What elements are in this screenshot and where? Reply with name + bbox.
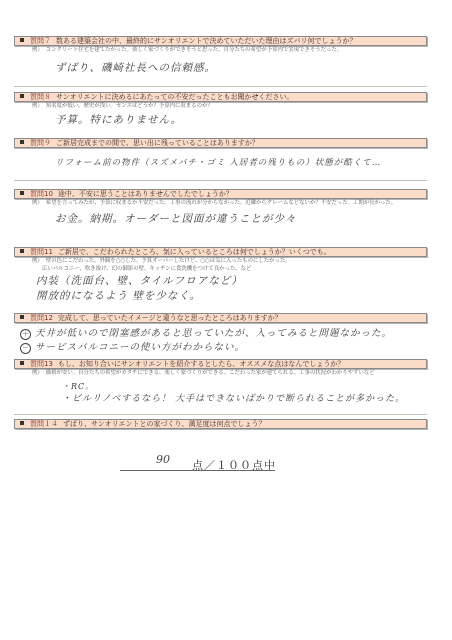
question-number: 質問11	[30, 248, 53, 256]
question-10-example: 例）希望を言ってみたが、予算に収まるか不安だった。工事の流れが分からなかった。近…	[32, 200, 396, 207]
question-title: ご新居完成までの間で、思い出に残っていることはありますか？	[56, 139, 259, 147]
bullet-icon	[20, 94, 24, 98]
question-7-example: 例）コンクリート住宅を建てたかった。楽しく家づくりができそうと思った。自分たちの…	[32, 47, 342, 54]
separator	[14, 414, 427, 415]
minus-circle-icon: －	[20, 343, 31, 354]
question-8-header: 質問８サンオリエントに決めるにあたっての不安だったこともお聞かせください。	[14, 92, 427, 102]
question-14-header: 質問１４ずばり、サンオリエントとの家づくり、満足度は何点でしょう？	[14, 419, 427, 429]
question-7-answer: ずばり、磯崎社長への信頼感。	[55, 62, 216, 74]
separator	[14, 180, 427, 181]
question-11-header: 質問11ご新居で、こだわられたところ、気に入っているところは何でしょうか？いくつ…	[14, 247, 427, 257]
question-13-header: 質問13もし、お知り合いにサンオリエントを紹介するとしたら、オススメな点はなんで…	[14, 359, 427, 369]
question-title: サンオリエントに決めるにあたっての不安だったこともお聞かせください。	[56, 93, 294, 101]
question-11-example-line-2: 広いバルコニー、吹き抜け、幻の御影の壁、キッチンに食洗機をつけて良かった、など	[42, 266, 251, 273]
question-title: ご新居で、こだわられたところ、気に入っているところは何でしょうか？いくつでも。	[58, 248, 331, 256]
question-7-header: 質問７数ある建築会社の中、最終的にサンオリエントで決めていただいた理由はズバリ何…	[14, 36, 427, 46]
question-number: 質問９	[30, 139, 51, 147]
question-10-header: 質問10途中、不安に思うことはありませんでしたでしょうか？	[14, 189, 427, 199]
bullet-icon	[20, 140, 24, 144]
satisfaction-score: 90 点／１００点中	[120, 453, 275, 471]
question-10-answer: お金。納期。オーダーと図面が違うことが少々	[55, 213, 297, 225]
question-12-header: 質問12完成して、思っていたイメージと違うなと思ったところはありますか？	[14, 313, 427, 323]
question-title: ずばり、サンオリエントとの家づくり、満足度は何点でしょう？	[63, 420, 266, 428]
question-11-example-line-1: 例）壁の色にこだわった。外観を○○した。予算オーバーしたけど、○○は気に入ったも…	[32, 258, 291, 265]
question-11-answer-line-2: 開放的になるよう 壁を少なく。	[36, 290, 201, 302]
question-title: もし、お知り合いにサンオリエントを紹介するとしたら、オススメな点はなんでしょうか…	[58, 360, 344, 368]
question-8-answer: 予算。特にありません。	[55, 114, 182, 126]
question-9-answer: リフォーム前の物件（スズメバチ・ゴミ 入居者の残りもの）状態が酷くて…	[55, 157, 381, 169]
question-title: 途中、不安に思うことはありませんでしたでしょうか？	[58, 190, 233, 198]
question-number: 質問10	[30, 190, 53, 198]
question-12-answer-positive: ＋天井が低いので閉塞感があると思っていたが、入ってみると問題なかった。	[20, 328, 392, 340]
score-underline	[120, 470, 275, 471]
bullet-icon	[20, 38, 24, 42]
question-13-answer-line-1: ・RC。	[62, 381, 94, 393]
question-11-answer-line-1: 内装（洗面台、壁、タイルフロアなど）	[36, 275, 243, 287]
question-number: 質問12	[30, 314, 53, 322]
bullet-icon	[20, 315, 24, 319]
question-8-example: 例）知名度が低い。歴史が浅い。センスはどうか？予算内に収まるのか？	[32, 103, 213, 110]
question-13-example: 例）価格が安い。自分たちの希望がカタチにできる。楽しく家づくりができる。こだわっ…	[32, 370, 375, 377]
separator	[14, 86, 427, 87]
question-9-header: 質問９ご新居完成までの間で、思い出に残っていることはありますか？	[14, 138, 427, 148]
bullet-icon	[20, 421, 24, 425]
bullet-icon	[20, 191, 24, 195]
question-number: 質問８	[30, 93, 51, 101]
bullet-icon	[20, 249, 24, 253]
question-title: 完成して、思っていたイメージと違うなと思ったところはありますか？	[58, 314, 282, 322]
question-number: 質問１４	[30, 420, 58, 428]
score-value: 90	[156, 453, 170, 466]
question-number: 質問７	[30, 37, 51, 45]
bullet-icon	[20, 361, 24, 365]
question-number: 質問13	[30, 360, 53, 368]
question-title: 数ある建築会社の中、最終的にサンオリエントで決めていただいた理由はズバリ何でしょ…	[56, 37, 357, 45]
plus-circle-icon: ＋	[20, 329, 31, 340]
question-13-answer-line-2: ・ビルリノベするなら！ 大手はできないばかりで断られることが多かった。	[62, 393, 405, 405]
question-12-answer-negative: －サービスバルコニーの使い方がわからない。	[20, 342, 245, 354]
